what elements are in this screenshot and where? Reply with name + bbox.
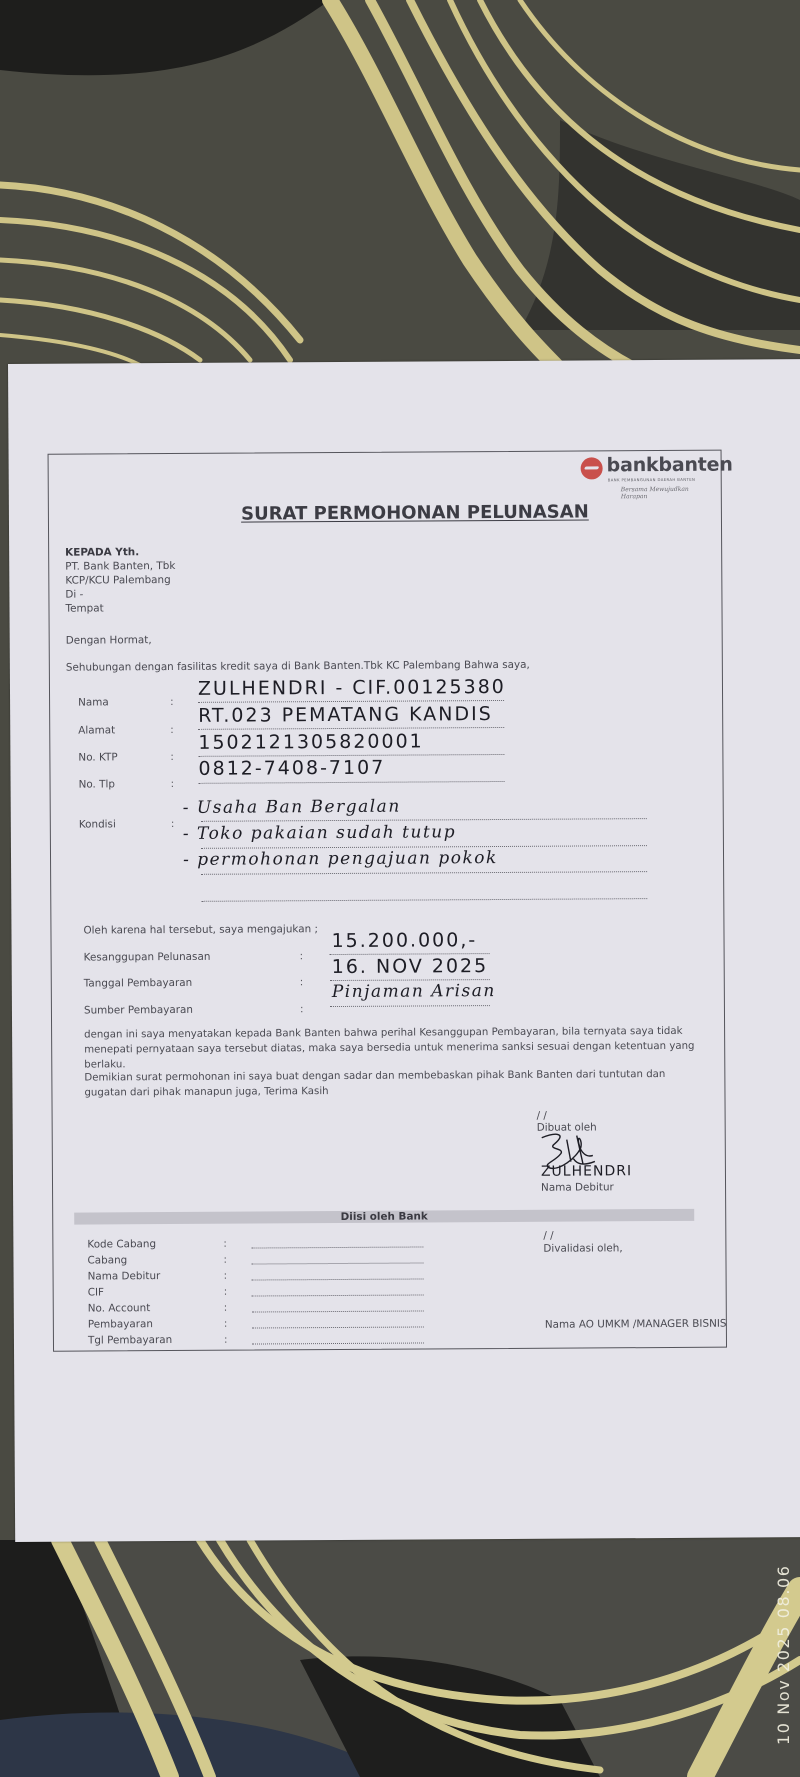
colon: : (224, 1270, 228, 1282)
handwritten-name: ZULHENDRI - CIF.00125380 (198, 676, 506, 700)
intro-sentence: Sehubungan dengan fasilitas kredit saya … (66, 659, 530, 674)
colon: : (223, 1254, 227, 1266)
addressee-line: KCP/KCU Palembang (65, 574, 170, 587)
kondisi-line: - permohonan pengajuan pokok (183, 848, 498, 870)
validation-date-slashes: / / (543, 1230, 553, 1242)
fill-line (252, 1294, 424, 1296)
bank-field-label: Kode Cabang (87, 1238, 156, 1250)
bank-logo: bankbanten BANK PEMBANGUNAN DAERAH BANTE… (577, 453, 713, 502)
bank-field-label: CIF (88, 1286, 104, 1298)
debtor-role-label: Nama Debitur (541, 1181, 614, 1193)
validated-by-label: Divalidasi oleh, (543, 1242, 622, 1254)
colon: : (170, 751, 174, 763)
bank-logo-subtitle: BANK PEMBANGUNAN DAERAH BANTEN (608, 477, 696, 483)
addressee-line: PT. Bank Banten, Tbk (65, 560, 175, 573)
field-label: Sumber Pembayaran (84, 1004, 193, 1017)
colon: : (300, 1003, 304, 1015)
kondisi-line: - Toko pakaian sudah tutup (183, 822, 456, 844)
statement-paragraph: dengan ini saya menyatakan kepada Bank B… (84, 1024, 704, 1073)
colon: : (223, 1238, 227, 1250)
colon: : (170, 696, 174, 708)
handwritten-amount: 15.200.000,- (331, 929, 477, 952)
colon: : (224, 1318, 228, 1330)
field-label: Tanggal Pembayaran (84, 977, 193, 990)
document-title: SURAT PERMOHONAN PELUNASAN (49, 501, 721, 526)
colon: : (170, 724, 174, 736)
fill-line (251, 1246, 423, 1248)
fill-line (199, 781, 505, 784)
colon: : (171, 818, 175, 830)
fill-line (330, 1005, 490, 1007)
bank-field-label: No. Account (88, 1302, 151, 1314)
colon: : (224, 1286, 228, 1298)
handwritten-address: RT.023 PEMATANG KANDIS (198, 703, 493, 727)
fill-line (252, 1278, 424, 1280)
handwritten-phone: 0812-7408-7107 (198, 757, 385, 780)
fill-line (201, 871, 647, 875)
bank-field-label: Pembayaran (88, 1318, 153, 1330)
fill-line (251, 1262, 423, 1264)
field-label: Alamat (78, 724, 115, 736)
kondisi-label: Kondisi (79, 818, 116, 830)
photo-timestamp: 10 Nov 2025 08.06 (774, 1564, 793, 1745)
form-frame: bankbanten BANK PEMBANGUNAN DAERAH BANTE… (48, 450, 727, 1352)
colon: : (224, 1334, 228, 1346)
fill-line (198, 727, 504, 730)
handwritten-source: Pinjaman Arisan (332, 981, 496, 1002)
field-label: Kesanggupan Pelunasan (84, 951, 211, 964)
handwritten-date: 16. NOV 2025 (332, 955, 489, 978)
fill-line (201, 898, 647, 902)
fill-line (252, 1326, 424, 1328)
greeting: Dengan Hormat, (66, 634, 152, 647)
field-label: No. Tlp (79, 778, 115, 790)
addressee-line: Tempat (65, 602, 103, 614)
bank-field-label: Nama Debitur (88, 1270, 161, 1282)
colon: : (300, 950, 304, 962)
field-label: Nama (78, 696, 109, 708)
addressee-heading: KEPADA Yth. (65, 546, 139, 558)
bank-logo-tagline: Bersama Mewujudkan Harapan (621, 486, 713, 501)
bank-field-label: Cabang (87, 1254, 127, 1266)
handwritten-signer-name: ZULHENDRI (541, 1163, 632, 1180)
bank-logo-icon (581, 457, 603, 479)
colon: : (300, 976, 304, 988)
colon: : (224, 1302, 228, 1314)
kondisi-line: - Usaha Ban Bergalan (183, 797, 401, 818)
colon: : (171, 778, 175, 790)
addressee-line: Di - (65, 589, 83, 601)
date-slashes: / / (537, 1110, 547, 1122)
fill-line (252, 1342, 424, 1344)
field-label: No. KTP (78, 751, 117, 763)
bank-section-header: Diisi oleh Bank (74, 1209, 694, 1225)
closing-paragraph: Demikian surat permohonan ini saya buat … (84, 1067, 704, 1101)
fill-line (252, 1310, 424, 1312)
fill-line (201, 818, 647, 822)
paper-sheet: bankbanten BANK PEMBANGUNAN DAERAH BANTE… (8, 359, 800, 1542)
bank-field-label: Tgl Pembayaran (88, 1334, 172, 1347)
bank-logo-name: bankbanten (607, 454, 733, 477)
handwritten-ktp: 1502121305820001 (198, 730, 424, 753)
validator-role-label: Nama AO UMKM /MANAGER BISNIS (545, 1318, 727, 1331)
request-intro: Oleh karena hal tersebut, saya mengajuka… (83, 923, 318, 936)
